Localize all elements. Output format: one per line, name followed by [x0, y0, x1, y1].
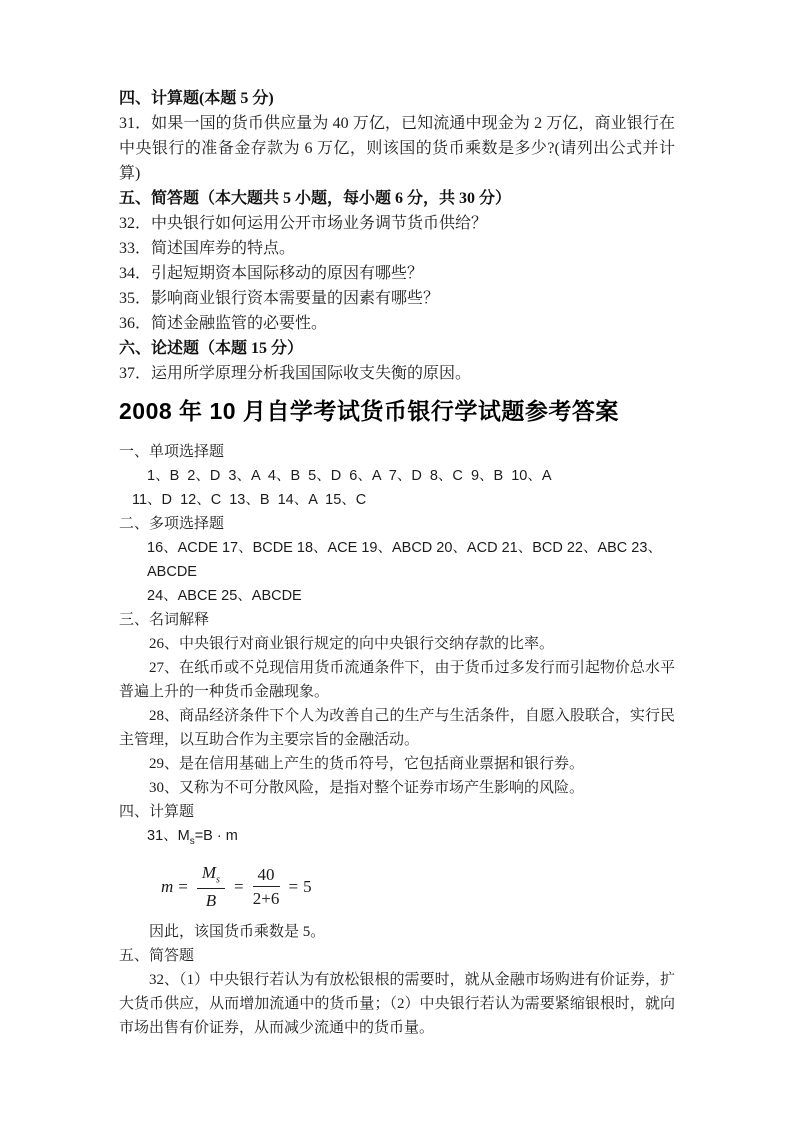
term-answer-28: 28、商品经济条件下个人为改善自己的生产与生活条件，自愿入股联合，实行民主管理，…: [119, 704, 675, 752]
calc-answer-31-equation: 31、Ms=B · m: [119, 824, 675, 854]
fraction-denominator-b: B: [206, 889, 216, 911]
term-answer-26: 26、中央银行对商业银行规定的向中央银行交纳存款的比率。: [119, 632, 675, 656]
fraction-numerator-40: 40: [253, 865, 280, 888]
question-34: 34．引起短期资本国际移动的原因有哪些？: [119, 261, 675, 286]
answers-heading-single-choice: 一、单项选择题: [119, 440, 675, 464]
question-37: 37．运用所学原理分析我国国际收支失衡的原因。: [119, 361, 675, 386]
section-heading-short-answer: 五、简答题（本大题共 5 小题，每小题 6 分，共 30 分）: [119, 186, 675, 211]
question-32: 32．中央银行如何运用公开市场业务调节货币供给？: [119, 211, 675, 236]
term-answer-27: 27、在纸币或不兑现信用货币流通条件下，由于货币过多发行而引起物价总水平普遍上升…: [119, 656, 675, 704]
formula-equals-1: =: [178, 877, 188, 897]
answers-heading-multiple-choice: 二、多项选择题: [119, 512, 675, 536]
answer-key-section: 一、单项选择题 1、B 2、D 3、A 4、B 5、D 6、A 7、D 8、C …: [119, 440, 675, 1040]
formula-equals-2: =: [234, 877, 244, 897]
question-31: 31．如果一国的货币供应量为 40 万亿，已知流通中现金为 2 万亿，商业银行在…: [119, 111, 675, 186]
fraction-numerator-ms: Ms: [197, 863, 225, 889]
single-choice-answers-row-2: 11、D 12、C 13、B 14、A 15、C: [119, 488, 675, 512]
question-33: 33．简述国库券的特点。: [119, 236, 675, 261]
question-35: 35．影响商业银行资本需要量的因素有哪些？: [119, 286, 675, 311]
answers-heading-short-answer: 五、简答题: [119, 944, 675, 968]
multiple-choice-answers-row-2: 24、ABCE 25、ABCDE: [119, 584, 675, 608]
calc-answer-conclusion: 因此，该国货币乘数是 5。: [119, 920, 675, 944]
formula-lhs: m: [161, 877, 173, 897]
answers-heading-terms: 三、名词解释: [119, 608, 675, 632]
short-answer-32: 32、（1）中央银行若认为有放松银根的需要时，就从金融市场购进有价证券，扩大货币…: [119, 968, 675, 1040]
fraction-denominator-2plus6: 2+6: [253, 887, 280, 909]
calc-31-suffix: =B · m: [195, 828, 238, 844]
money-multiplier-formula: m = Ms B = 40 2+6 = 5: [161, 862, 675, 912]
calc-31-prefix: 31、M: [147, 828, 190, 844]
exam-questions-section: 四、计算题(本题 5 分) 31．如果一国的货币供应量为 40 万亿，已知流通中…: [119, 86, 675, 386]
term-answer-30: 30、又称为不可分散风险，是指对整个证券市场产生影响的风险。: [119, 776, 675, 800]
section-heading-essay: 六、论述题（本题 15 分）: [119, 336, 675, 361]
single-choice-answers-row-1: 1、B 2、D 3、A 4、B 5、D 6、A 7、D 8、C 9、B 10、A: [119, 464, 675, 488]
multiple-choice-answers-row-1: 16、ACDE 17、BCDE 18、ACE 19、ABCD 20、ACD 21…: [119, 536, 675, 584]
section-heading-calculation: 四、计算题(本题 5 分): [119, 86, 675, 111]
answer-key-title: 2008 年 10 月自学考试货币银行学试题参考答案: [119, 396, 675, 426]
term-answer-29: 29、是在信用基础上产生的货币符号，它包括商业票据和银行券。: [119, 752, 675, 776]
formula-equals-3: =: [289, 877, 299, 897]
formula-fraction-ms-over-b: Ms B: [197, 863, 225, 910]
answers-heading-calculation: 四、计算题: [119, 800, 675, 824]
document-page: 四、计算题(本题 5 分) 31．如果一国的货币供应量为 40 万亿，已知流通中…: [0, 0, 793, 1122]
question-36: 36．简述金融监管的必要性。: [119, 311, 675, 336]
formula-result: 5: [303, 877, 312, 897]
formula-fraction-40-over-2plus6: 40 2+6: [253, 865, 280, 909]
